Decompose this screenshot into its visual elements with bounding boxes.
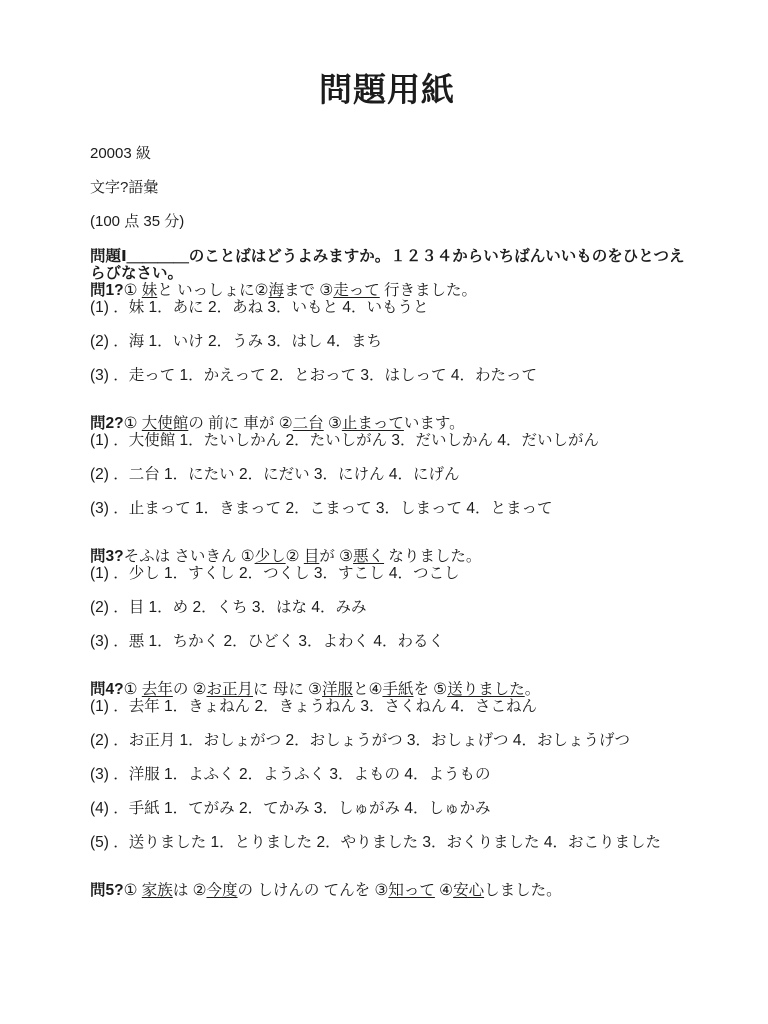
- option-row: (3) ．止まって 1．きまって 2．こまって 3．しまって 4．とまって: [64, 500, 688, 517]
- option-row: (2) ．海 1．いけ 2．うみ 3．はし 4．まち: [64, 333, 688, 350]
- stem-text: ①: [124, 681, 142, 698]
- stem-text: 。: [525, 681, 541, 698]
- stem-text: います。: [404, 415, 465, 432]
- question-block: 問2?① 大使館の 前に 車が ②二台 ③止まっています。 (1) ．大使館 1…: [64, 415, 688, 517]
- stem-segments: ① 家族は ②今度の しけんの てんを ③知って ④安心しました。: [124, 882, 562, 899]
- option-row: (3) ．洋服 1．よふく 2．ようふく 3．よもの 4．ようもの: [64, 766, 688, 783]
- stem-text: は ②: [173, 882, 207, 899]
- stem-text: そふは さいきん ①: [124, 548, 255, 565]
- underlined-term: 知って: [388, 882, 435, 899]
- section-instruction: 問題Ⅰ＿＿＿＿のことばはどうよみますか。１２３４からいちばんいいものをひとつえら…: [90, 248, 688, 282]
- document-page: 問題用紙 20003 級 文字?語彙 (100 点 35 分) 問題Ⅰ＿＿＿＿の…: [0, 0, 768, 1024]
- option-row: (5) ．送りました 1．とりました 2．やりました 3．おくりました 4．おこ…: [64, 834, 688, 851]
- underlined-term: 手紙: [382, 681, 413, 698]
- stem-text: の ②: [173, 681, 207, 698]
- underlined-term: 大使館: [142, 415, 189, 432]
- underlined-term: 二台: [293, 415, 324, 432]
- points-line: (100 点 35 分): [90, 213, 688, 230]
- stem-text: まで ③: [284, 282, 333, 299]
- question-block: 問3?そふは さいきん ①少し② 目が ③悪く なりました。 (1) ．少し 1…: [64, 548, 688, 650]
- question-block: 問5?① 家族は ②今度の しけんの てんを ③知って ④安心しました。: [64, 882, 688, 899]
- question-stem: 問1?① 妹と いっしょに②海まで ③走って 行きました。: [90, 282, 688, 299]
- option-rows: (1) ．去年 1．きょねん 2．きょうねん 3．さくねん 4．さこねん(2) …: [64, 698, 688, 851]
- underlined-term: 家族: [142, 882, 173, 899]
- question-label: 問1?: [90, 282, 124, 299]
- underlined-term: お正月: [207, 681, 254, 698]
- stem-text: なりました。: [384, 548, 481, 565]
- underlined-term: 止まって: [342, 415, 404, 432]
- stem-text: ①: [124, 415, 142, 432]
- stem-text: と④: [353, 681, 382, 698]
- option-row: (3) ．走って 1．かえって 2．とおって 3．はしって 4．わたって: [64, 367, 688, 384]
- option-row: (2) ．二台 1．にたい 2．にだい 3．にけん 4．にげん: [64, 466, 688, 483]
- option-rows: (1) ．妹 1．あに 2．あね 3．いもと 4．いもうと(2) ．海 1．いけ…: [64, 299, 688, 384]
- option-row: (1) ．去年 1．きょねん 2．きょうねん 3．さくねん 4．さこねん: [64, 698, 688, 715]
- option-rows: (1) ．大使館 1．たいしかん 2．たいしがん 3．だいしかん 4．だいしがん…: [64, 432, 688, 517]
- stem-text: に 母に ③: [253, 681, 322, 698]
- level-line: 20003 級: [90, 145, 688, 162]
- stem-text: ①: [124, 282, 142, 299]
- option-row: (4) ．手紙 1．てがみ 2．てかみ 3．しゅがみ 4．しゅかみ: [64, 800, 688, 817]
- stem-text: の 前に 車が ②: [188, 415, 292, 432]
- stem-text: ④: [435, 882, 453, 899]
- stem-text: の しけんの てんを ③: [238, 882, 389, 899]
- underlined-term: 送りました: [447, 681, 525, 698]
- stem-text: を ⑤: [413, 681, 447, 698]
- stem-segments: ① 去年の ②お正月に 母に ③洋服と④手紙を ⑤送りました。: [124, 681, 541, 698]
- underlined-term: 妹: [142, 282, 158, 299]
- stem-segments: ① 大使館の 前に 車が ②二台 ③止まっています。: [124, 415, 465, 432]
- option-row: (2) ．お正月 1．おしょがつ 2．おしょうがつ 3．おしょげつ 4．おしょう…: [64, 732, 688, 749]
- stem-text: が ③: [319, 548, 353, 565]
- question-block: 問4?① 去年の ②お正月に 母に ③洋服と④手紙を ⑤送りました。 (1) ．…: [64, 681, 688, 851]
- underlined-term: 去年: [142, 681, 173, 698]
- stem-text: ②: [286, 548, 304, 565]
- underlined-term: 今度: [207, 882, 238, 899]
- underlined-term: 洋服: [322, 681, 353, 698]
- stem-segments: ① 妹と いっしょに②海まで ③走って 行きました。: [124, 282, 477, 299]
- question-stem: 問4?① 去年の ②お正月に 母に ③洋服と④手紙を ⑤送りました。: [90, 681, 688, 698]
- option-rows: (1) ．少し 1．すくし 2．つくし 3．すこし 4．つこし(2) ．目 1．…: [64, 565, 688, 650]
- underlined-term: 安心: [453, 882, 484, 899]
- underlined-term: 少し: [255, 548, 286, 565]
- underlined-term: 目: [304, 548, 320, 565]
- section-line: 文字?語彙: [90, 179, 688, 196]
- stem-text: 行きました。: [380, 282, 477, 299]
- question-block: 問1?① 妹と いっしょに②海まで ③走って 行きました。 (1) ．妹 1．あ…: [64, 282, 688, 384]
- stem-text: と いっしょに②: [157, 282, 268, 299]
- underlined-term: 悪く: [353, 548, 384, 565]
- question-stem: 問2?① 大使館の 前に 車が ②二台 ③止まっています。: [90, 415, 688, 432]
- option-row: (2) ．目 1．め 2．くち 3．はな 4．みみ: [64, 599, 688, 616]
- stem-text: しました。: [484, 882, 562, 899]
- stem-text: ①: [124, 882, 142, 899]
- question-label: 問5?: [90, 882, 124, 899]
- option-row: (1) ．妹 1．あに 2．あね 3．いもと 4．いもうと: [64, 299, 688, 316]
- underlined-term: 海: [269, 282, 285, 299]
- option-row: (1) ．大使館 1．たいしかん 2．たいしがん 3．だいしかん 4．だいしがん: [64, 432, 688, 449]
- underlined-term: 走って: [333, 282, 380, 299]
- question-list: 問1?① 妹と いっしょに②海まで ③走って 行きました。 (1) ．妹 1．あ…: [64, 282, 688, 899]
- page-title: 問題用紙: [86, 70, 688, 110]
- question-stem: 問5?① 家族は ②今度の しけんの てんを ③知って ④安心しました。: [90, 882, 688, 899]
- option-row: (3) ．悪 1．ちかく 2．ひどく 3．よわく 4．わるく: [64, 633, 688, 650]
- question-label: 問4?: [90, 681, 124, 698]
- question-label: 問3?: [90, 548, 124, 565]
- question-label: 問2?: [90, 415, 124, 432]
- stem-text: ③: [324, 415, 342, 432]
- question-stem: 問3?そふは さいきん ①少し② 目が ③悪く なりました。: [90, 548, 688, 565]
- stem-segments: そふは さいきん ①少し② 目が ③悪く なりました。: [124, 548, 482, 565]
- option-row: (1) ．少し 1．すくし 2．つくし 3．すこし 4．つこし: [64, 565, 688, 582]
